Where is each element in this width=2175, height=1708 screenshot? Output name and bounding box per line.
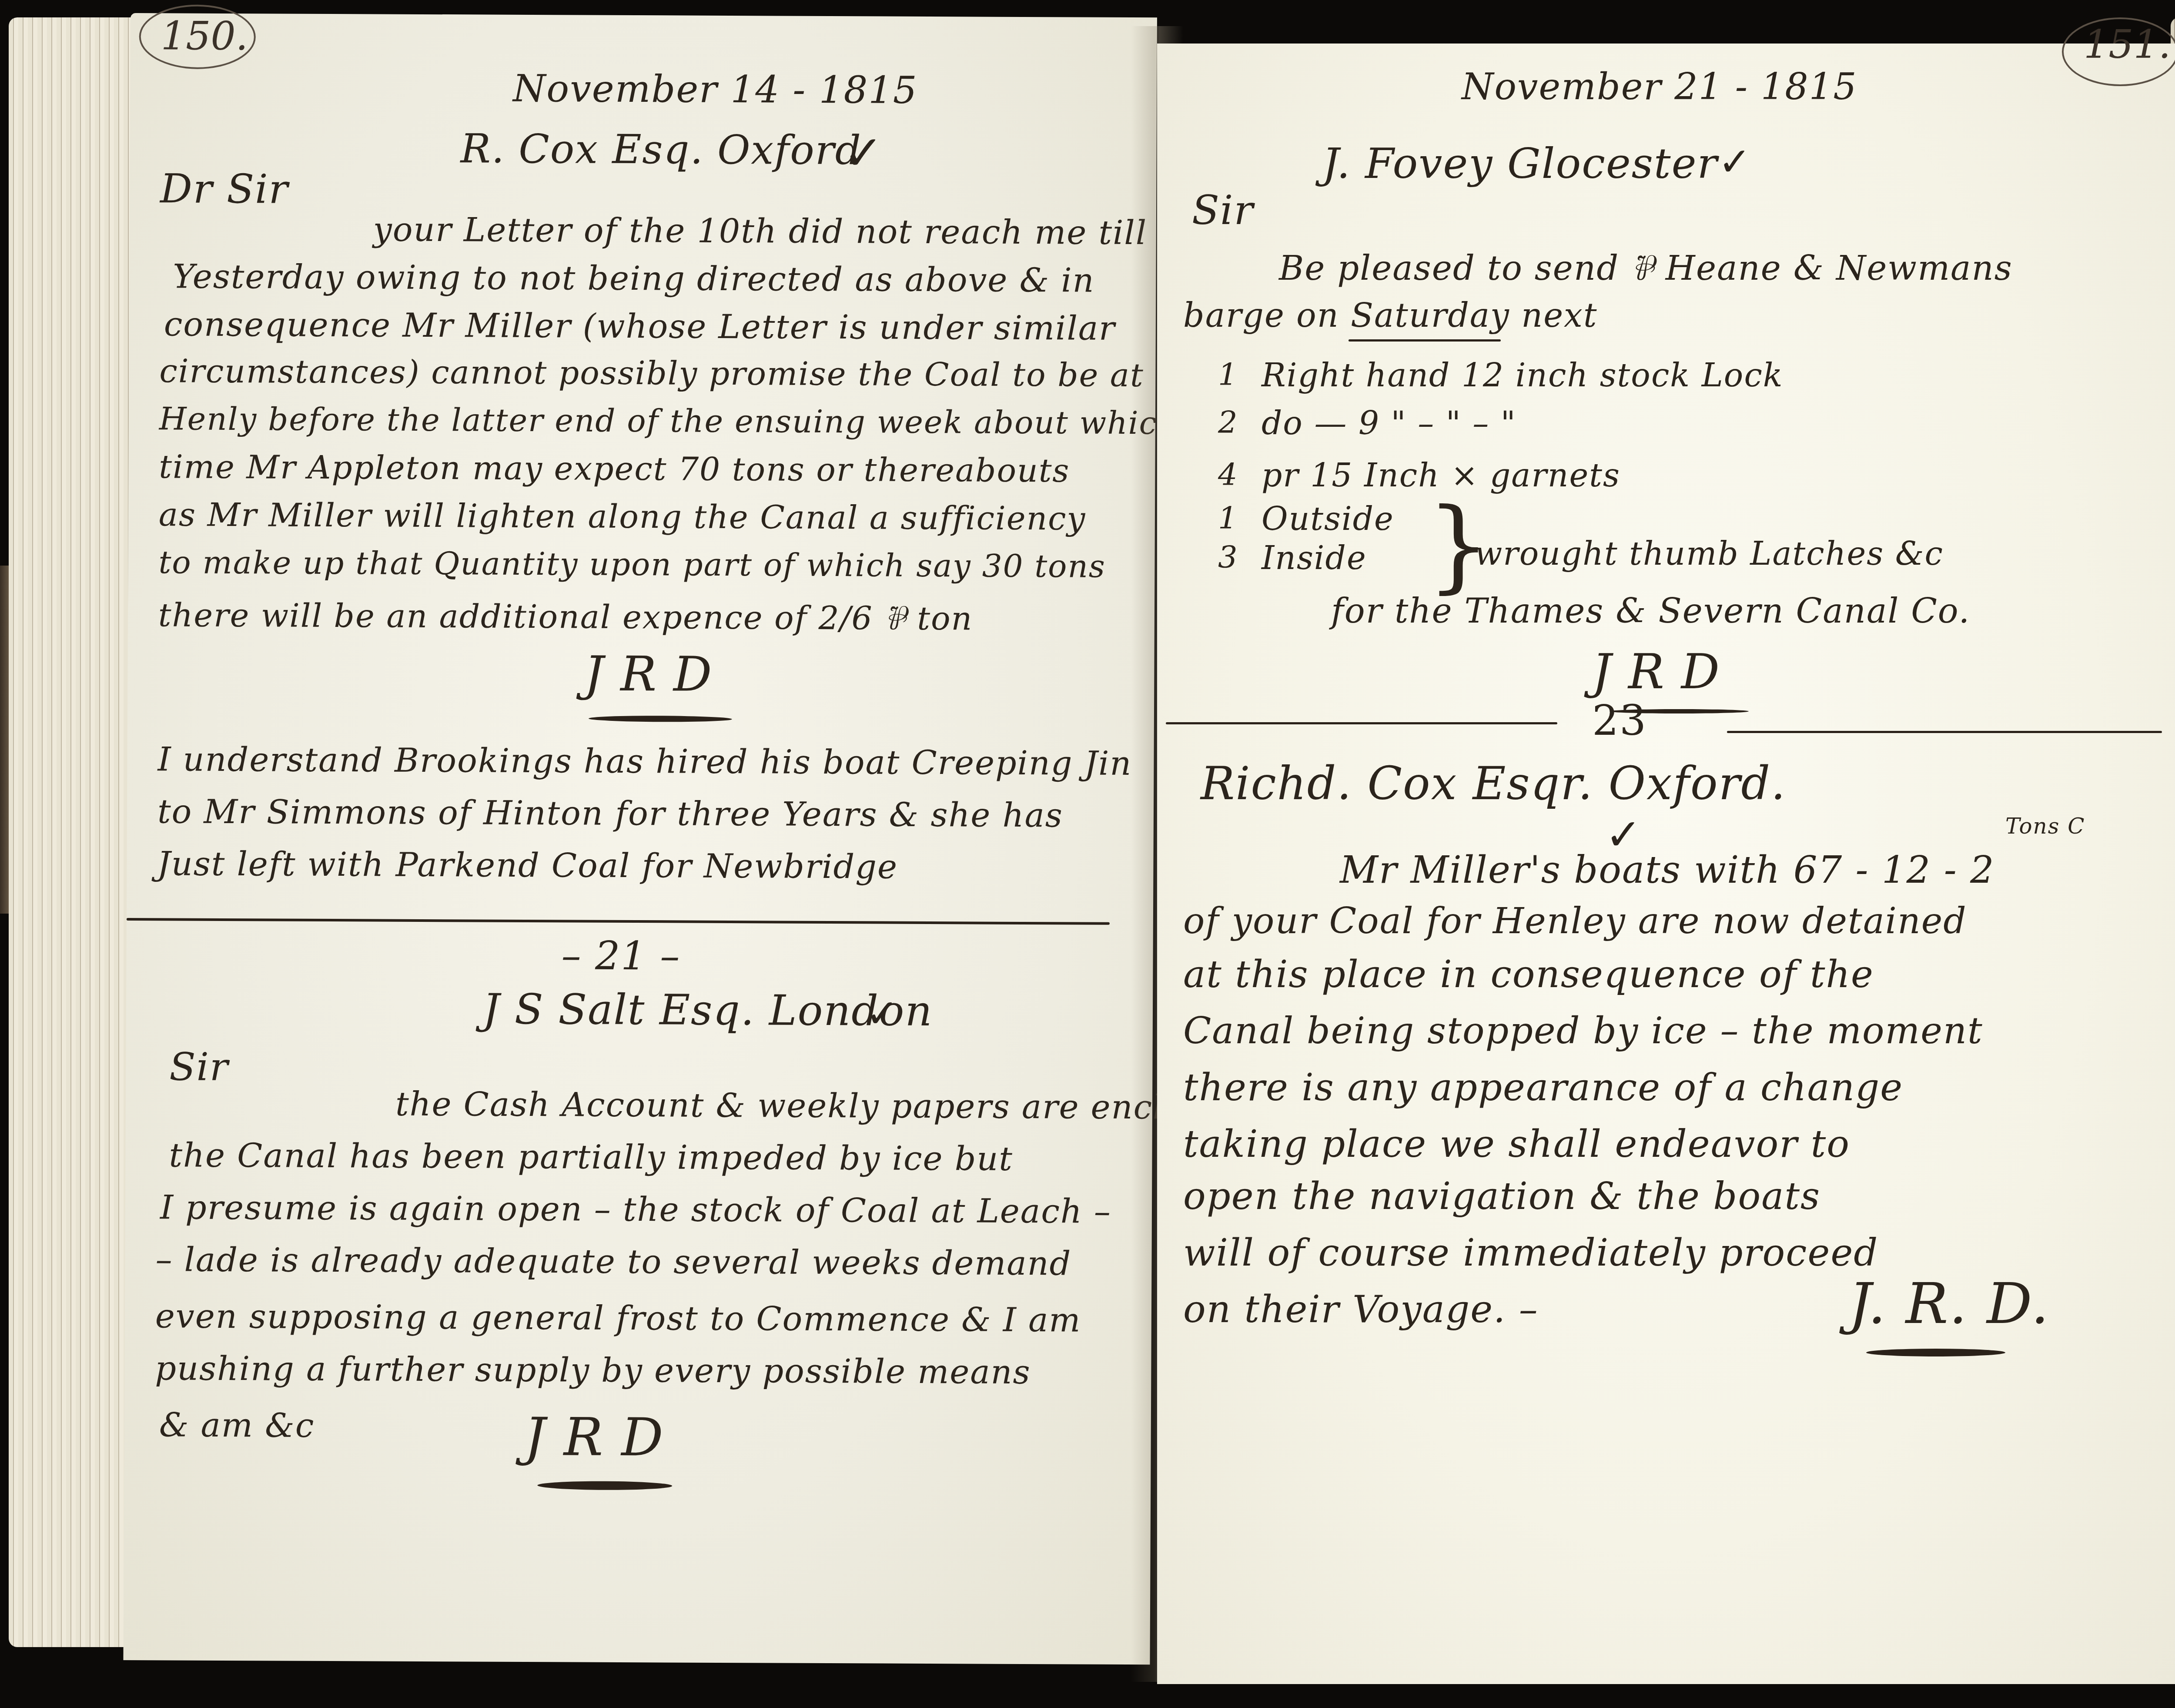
check-mark-icon: ✓ xyxy=(866,991,900,1036)
entry-date: – 21 – xyxy=(561,933,680,979)
check-mark-icon: ✓ xyxy=(1718,139,1752,185)
letter-line: consequence Mr Miller (whose Letter is u… xyxy=(164,305,1116,348)
entry-divider xyxy=(1727,731,2162,733)
margin-note-units: Tons C xyxy=(2005,814,2085,839)
entry-recipient: R. Cox Esq. Oxford xyxy=(460,125,862,174)
letter-line: as Mr Miller will lighten along the Cana… xyxy=(159,496,1086,537)
order-qty: 4 xyxy=(1218,457,1238,492)
entry-date: November 21 - 1815 xyxy=(1462,65,1857,108)
order-desc: Right hand 12 inch stock Lock xyxy=(1261,357,1783,394)
letter-line: at this place in consequence of the xyxy=(1183,953,1874,996)
postscript-line: I understand Brookings has hired his boa… xyxy=(157,740,1132,783)
postscript-line: to Mr Simmons of Hinton for three Years … xyxy=(157,792,1063,834)
order-qty: 3 xyxy=(1218,539,1238,575)
signature-initials: J R D xyxy=(524,1407,664,1468)
signature-underline xyxy=(537,1481,672,1490)
letter-line: circumstances) cannot possibly promise t… xyxy=(159,352,1144,394)
entry-recipient: Richd. Cox Esqr. Oxford. xyxy=(1201,757,1786,810)
order-desc: do — 9 " – " – " xyxy=(1261,405,1516,442)
salutation: Sir xyxy=(1192,187,1254,234)
order-qty: 1 xyxy=(1218,357,1238,392)
signature-initials: J R D xyxy=(584,646,713,702)
letter-line: taking place we shall endeavor to xyxy=(1183,1122,1850,1166)
letter-line: of your Coal for Henley are now detained xyxy=(1183,901,1967,942)
signature-underline xyxy=(1866,1349,2005,1356)
letter-line: barge on Saturday next xyxy=(1183,296,1598,335)
page-number: 151. xyxy=(2084,22,2171,67)
right-page: 151. November 21 - 1815 J. Fovey Glocest… xyxy=(1157,44,2175,1684)
order-desc: Inside xyxy=(1261,539,1367,577)
letter-line: Henly before the latter end of the ensui… xyxy=(159,400,1179,441)
order-qty: 1 xyxy=(1218,500,1238,536)
closing-line: for the Thames & Severn Canal Co. xyxy=(1331,592,1970,631)
signature-underline xyxy=(589,716,732,722)
left-page: 150. November 14 - 1815 R. Cox Esq. Oxfo… xyxy=(123,13,1157,1664)
letter-line: to make up that Quantity upon part of wh… xyxy=(158,544,1106,584)
letter-line: – lade is already adequate to several we… xyxy=(155,1240,1071,1283)
signature-initials: J R D xyxy=(1592,644,1720,700)
letter-line: on their Voyage. – xyxy=(1183,1288,1539,1331)
letter-line: there will be an additional expence of 2… xyxy=(158,592,973,639)
letter-line: I presume is again open – the stock of C… xyxy=(160,1188,1111,1231)
underline-saturday-next xyxy=(1348,339,1501,342)
page-number: 150. xyxy=(161,13,248,59)
order-qty: 2 xyxy=(1218,405,1238,440)
letter-line: Yesterday owing to not being directed as… xyxy=(173,257,1095,299)
check-mark-icon: ✓ xyxy=(843,125,884,181)
letter-line: even supposing a general frost to Commen… xyxy=(155,1296,1081,1339)
brace-note: wrought thumb Latches &c xyxy=(1475,535,1944,573)
letter-line: Be pleased to send ⅌ Heane & Newmans xyxy=(1279,244,2013,290)
entry-date: November 14 - 1815 xyxy=(513,67,918,112)
letter-line: will of course immediately proceed xyxy=(1183,1231,1878,1275)
salutation: Sir xyxy=(169,1044,229,1089)
letter-line: open the navigation & the boats xyxy=(1183,1175,1820,1218)
open-letter-book: 150. November 14 - 1815 R. Cox Esq. Oxfo… xyxy=(0,0,2175,1708)
signature-initials: J. R. D. xyxy=(1849,1270,2050,1336)
entry-date: 23 xyxy=(1592,696,1647,745)
entry-divider xyxy=(1166,722,1557,724)
letter-line: there is any appearance of a change xyxy=(1183,1066,1903,1109)
letter-line: pushing a further supply by every possib… xyxy=(155,1349,1031,1391)
entry-divider xyxy=(127,918,1110,925)
letter-line: your Letter of the 10th did not reach me… xyxy=(373,210,1148,252)
entry-recipient: J. Fovey Glocester xyxy=(1322,139,1718,188)
postscript-line: Just left with Parkend Coal for Newbridg… xyxy=(157,844,898,886)
order-desc: Outside xyxy=(1261,500,1394,538)
letter-line: the Canal has been partially impeded by … xyxy=(169,1135,1013,1178)
letter-line: & am &c xyxy=(159,1405,315,1445)
letter-line: time Mr Appleton may expect 70 tons or t… xyxy=(159,448,1070,489)
letter-line: Canal being stopped by ice – the moment xyxy=(1183,1009,1983,1052)
salutation: Dr Sir xyxy=(160,165,289,212)
letter-line: Mr Miller's boats with 67 - 12 - 2 xyxy=(1340,848,1995,892)
